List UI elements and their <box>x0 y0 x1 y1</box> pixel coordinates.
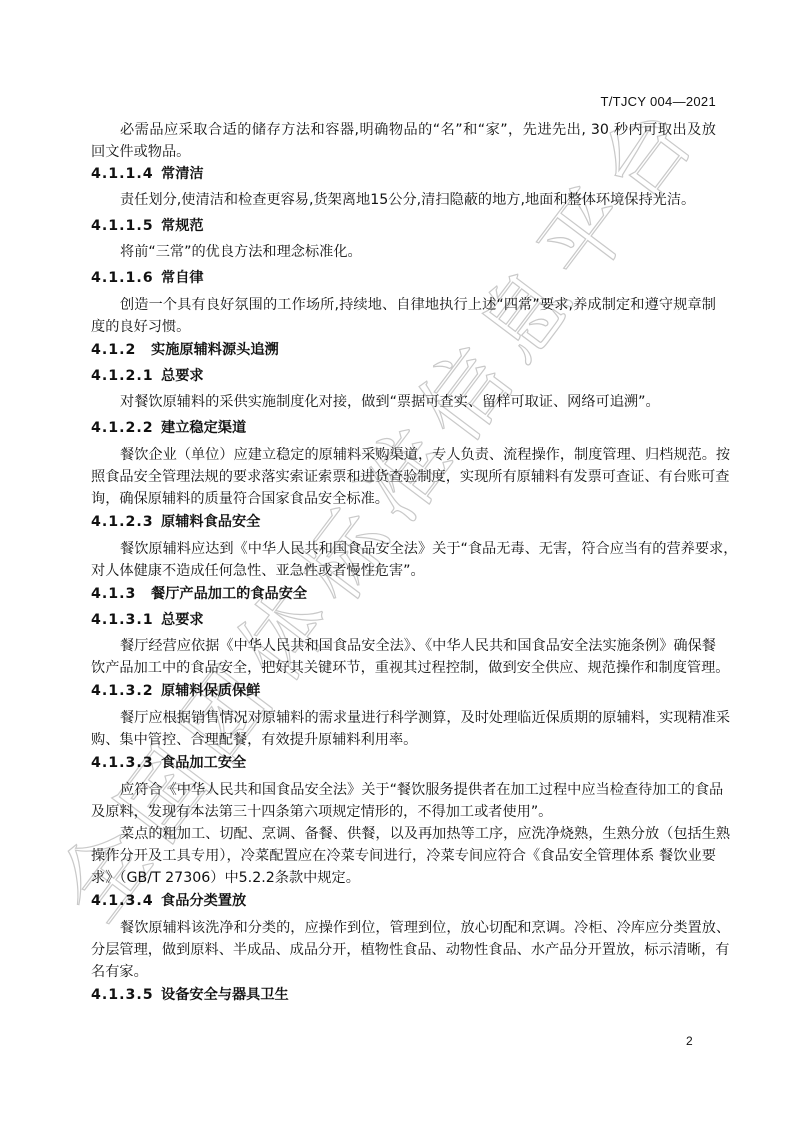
section-number: 4.1.3.5 <box>91 986 161 1004</box>
paragraph-line: 操作分开及工具专用），冷菜配置应在冷菜专间进行，冷菜专间应符合《食品安全管理体系… <box>91 847 716 865</box>
section-heading-4-1-3-4: 4.1.3.4食品分类置放 <box>91 892 246 910</box>
section-heading-4-1-3-1: 4.1.3.1总要求 <box>91 611 204 629</box>
paragraph-line: 创造一个具有良好氛围的工作场所,持续地、自律地执行上述“四常”要求,养成制定和遵… <box>120 296 716 314</box>
section-title: 建立稳定渠道 <box>161 420 246 436</box>
section-title: 设备安全与器具卫生 <box>161 987 289 1003</box>
paragraph-line: 对人体健康不造成任何急性、亚急性或者慢性危害”。 <box>91 562 716 580</box>
section-heading-4-1-3-3: 4.1.3.3食品加工安全 <box>91 754 246 772</box>
section-heading-4-1-2-1: 4.1.2.1总要求 <box>91 367 204 385</box>
paragraph-line: 购、集中管控、合理配餐，有效提升原辅料利用率。 <box>91 731 716 749</box>
section-title: 常自律 <box>161 270 204 286</box>
section-number: 4.1.2 <box>91 341 151 359</box>
paragraph-line: 对餐饮原辅料的采供实施制度化对接，做到“票据可查实、留样可取证、网络可追溯”。 <box>120 393 716 411</box>
section-heading-4-1-1-6: 4.1.1.6常自律 <box>91 269 204 287</box>
section-title: 常清洁 <box>161 166 204 182</box>
document-page: 全国团体标准信息平台 T/TJCY 004—2021 必需品应采取合适的储存方法… <box>0 0 791 1122</box>
section-number: 4.1.3 <box>91 585 151 603</box>
page-number: 2 <box>686 1034 693 1048</box>
section-number: 4.1.2.2 <box>91 419 161 437</box>
section-heading-4-1-3-5: 4.1.3.5设备安全与器具卫生 <box>91 986 289 1004</box>
section-number: 4.1.3.4 <box>91 892 161 910</box>
paragraph-line: 名有家。 <box>91 963 716 981</box>
section-title: 原辅料保质保鲜 <box>161 683 260 699</box>
section-title: 常规范 <box>161 218 204 234</box>
section-number: 4.1.3.3 <box>91 754 161 772</box>
section-title: 总要求 <box>161 612 204 628</box>
paragraph-line: 餐饮原辅料该洗净和分类的，应操作到位，管理到位，放心切配和烹调。冷柜、冷库应分类… <box>120 919 716 937</box>
paragraph-line: 及原料，发现有本法第三十四条第六项规定情形的，不得加工或者使用”。 <box>91 803 716 821</box>
section-number: 4.1.1.6 <box>91 269 161 287</box>
section-heading-4-1-1-5: 4.1.1.5常规范 <box>91 217 204 235</box>
paragraph-line: 回文件或物品。 <box>91 143 716 161</box>
paragraph-line: 将前“三常”的优良方法和理念标准化。 <box>120 243 716 261</box>
paragraph-line: 照食品安全管理法规的要求落实索证索票和进货查验制度，实现所有原辅料有发票可查证、… <box>91 468 716 486</box>
section-title: 食品分类置放 <box>161 893 246 909</box>
paragraph-line: 分层管理，做到原料、半成品、成品分开，植物性食品、动物性食品、水产品分开置放，标… <box>91 941 716 959</box>
paragraph-line: 度的良好习惯。 <box>91 318 716 336</box>
section-number: 4.1.2.3 <box>91 513 161 531</box>
section-heading-4-1-3: 4.1.3餐厅产品加工的食品安全 <box>91 585 307 603</box>
section-title: 食品加工安全 <box>161 755 246 771</box>
section-heading-4-1-2-2: 4.1.2.2建立稳定渠道 <box>91 419 246 437</box>
section-heading-4-1-2-3: 4.1.2.3原辅料食品安全 <box>91 513 260 531</box>
paragraph-line: 餐厅经营应依据《中华人民共和国食品安全法》、《中华人民共和国食品安全法实施条例》… <box>120 637 716 655</box>
paragraph-line: 必需品应采取合适的储存方法和容器,明确物品的“名”和“家”，先进先出, 30 秒… <box>120 121 716 139</box>
paragraph-line: 餐饮原辅料应达到《中华人民共和国食品安全法》关于“食品无毒、无害，符合应当有的营… <box>120 540 716 558</box>
paragraph-line: 询，确保原辅料的质量符合国家食品安全标准。 <box>91 490 716 508</box>
section-heading-4-1-1-4: 4.1.1.4常清洁 <box>91 165 204 183</box>
paragraph-line: 饮产品加工中的食品安全，把好其关键环节，重视其过程控制，做到安全供应、规范操作和… <box>91 659 716 677</box>
section-number: 4.1.1.5 <box>91 217 161 235</box>
section-title: 餐厅产品加工的食品安全 <box>151 586 307 602</box>
paragraph-line: 应符合《中华人民共和国食品安全法》关于“餐饮服务提供者在加工过程中应当检查待加工… <box>120 781 716 799</box>
section-number: 4.1.3.1 <box>91 611 161 629</box>
section-title: 实施原辅料源头追溯 <box>151 342 279 358</box>
paragraph-line: 责任划分,使清洁和检查更容易,货架离地15公分,清扫隐蔽的地方,地面和整体环境保… <box>120 191 716 209</box>
section-heading-4-1-3-2: 4.1.3.2原辅料保质保鲜 <box>91 682 260 700</box>
paragraph-line: 菜点的粗加工、切配、烹调、备餐、供餐，以及再加热等工序，应洗净烧熟，生熟分放（包… <box>120 825 716 843</box>
section-title: 总要求 <box>161 368 204 384</box>
section-number: 4.1.1.4 <box>91 165 161 183</box>
section-number: 4.1.2.1 <box>91 367 161 385</box>
section-number: 4.1.3.2 <box>91 682 161 700</box>
paragraph-line: 求》（GB/T 27306）中5.2.2条款中规定。 <box>91 869 716 887</box>
document-code: T/TJCY 004—2021 <box>600 94 716 109</box>
section-title: 原辅料食品安全 <box>161 514 260 530</box>
section-heading-4-1-2: 4.1.2实施原辅料源头追溯 <box>91 341 279 359</box>
paragraph-line: 餐饮企业（单位）应建立稳定的原辅料采购渠道，专人负责、流程操作，制度管理、归档规… <box>120 446 716 464</box>
paragraph-line: 餐厅应根据销售情况对原辅料的需求量进行科学测算，及时处理临近保质期的原辅料，实现… <box>120 709 716 727</box>
